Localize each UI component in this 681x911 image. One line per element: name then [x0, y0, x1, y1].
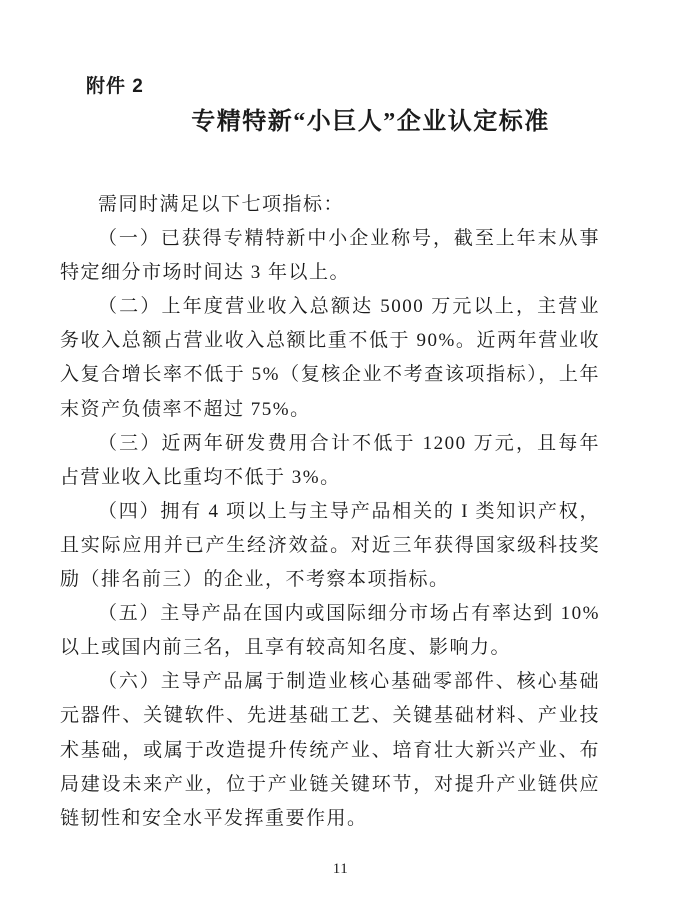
criterion-paragraph-3: （三）近两年研发费用合计不低于 1200 万元，且每年占营业收入比重均不低于 3… — [60, 427, 600, 495]
document-body: 需同时满足以下七项指标： （一）已获得专精特新中小企业称号，截至上年末从事特定细… — [60, 188, 600, 836]
document-title: 专精特新“小巨人”企业认定标准 — [60, 101, 681, 136]
criterion-paragraph-5: （五）主导产品在国内或国际细分市场占有率达到 10%以上或国内前三名，且享有较高… — [60, 597, 600, 665]
criterion-paragraph-4: （四）拥有 4 项以上与主导产品相关的 I 类知识产权，且实际应用并已产生经济效… — [60, 495, 600, 597]
intro-paragraph: 需同时满足以下七项指标： — [60, 188, 600, 222]
document-page: 附件 2 专精特新“小巨人”企业认定标准 需同时满足以下七项指标： （一）已获得… — [0, 0, 681, 911]
page-number: 11 — [0, 861, 681, 878]
attachment-label: 附件 2 — [86, 71, 144, 98]
criterion-paragraph-6: （六）主导产品属于制造业核心基础零部件、核心基础元器件、关键软件、先进基础工艺、… — [60, 665, 600, 835]
criterion-paragraph-2: （二）上年度营业收入总额达 5000 万元以上，主营业务收入总额占营业收入总额比… — [60, 290, 600, 426]
criterion-paragraph-1: （一）已获得专精特新中小企业称号，截至上年末从事特定细分市场时间达 3 年以上。 — [60, 222, 600, 290]
